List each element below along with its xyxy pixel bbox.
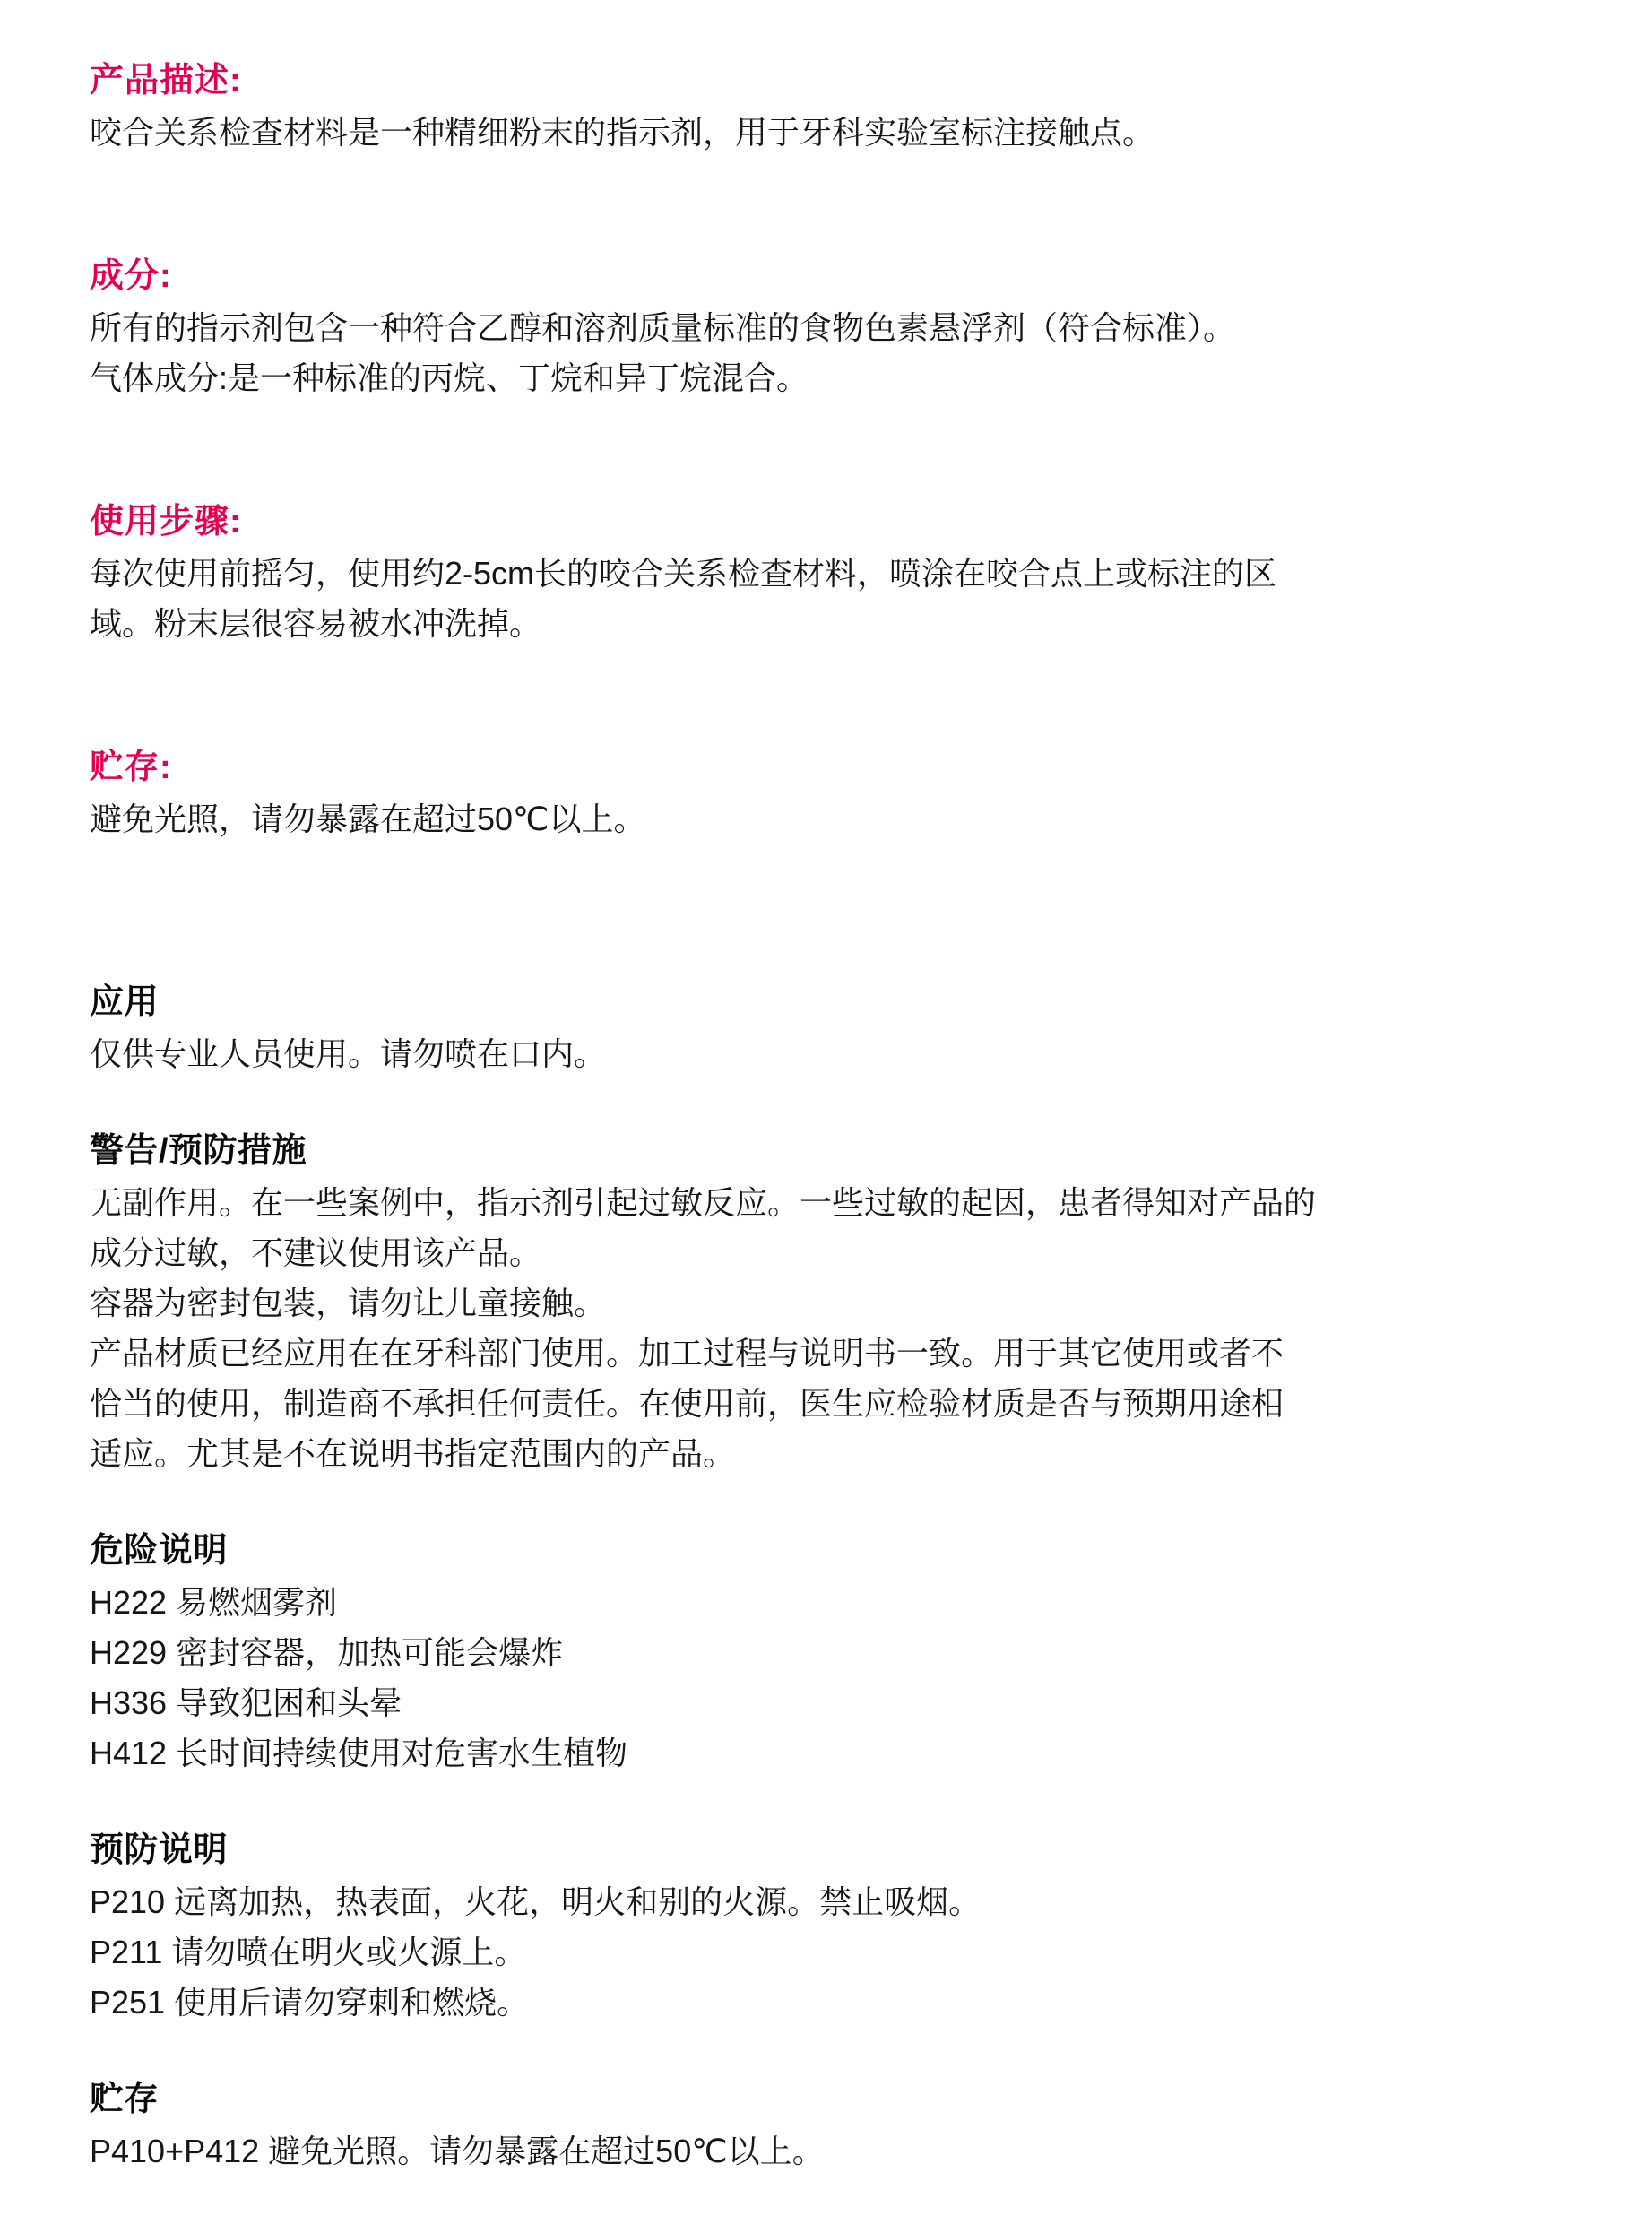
text-line: 域。粉末层很容易被水冲洗掉。: [90, 599, 1562, 649]
text-line-h222: H222 易燃烟雾剂: [90, 1578, 1562, 1628]
text-line-h229: H229 密封容器，加热可能会爆炸: [90, 1628, 1562, 1678]
text-line-p251: P251 使用后请勿穿刺和燃烧。: [90, 1978, 1562, 2028]
section-heading-storage-pink: 贮存:: [90, 744, 1562, 791]
section-heading-product-description: 产品描述:: [90, 57, 1562, 104]
text-line-p210: P210 远离加热，热表面，火花，明火和别的火源。禁止吸烟。: [90, 1877, 1562, 1927]
section-storage-pink: 贮存: 避免光照，请勿暴露在超过50℃以上。: [90, 744, 1562, 844]
text-line: 适应。尤其是不在说明书指定范围内的产品。: [90, 1429, 1562, 1479]
text-line: 每次使用前摇匀，使用约2-5cm长的咬合关系检查材料，喷涂在咬合点上或标注的区: [90, 549, 1562, 599]
text-line: 避免光照，请勿暴露在超过50℃以上。: [90, 794, 1562, 844]
text-line-p211: P211 请勿喷在明火或火源上。: [90, 1927, 1562, 1978]
section-product-description: 产品描述: 咬合关系检查材料是一种精细粉末的指示剂，用于牙科实验室标注接触点。: [90, 57, 1562, 158]
text-line: 所有的指示剂包含一种符合乙醇和溶剂质量标准的食物色素悬浮剂（符合标准）。: [90, 303, 1562, 353]
section-usage-steps: 使用步骤: 每次使用前摇匀，使用约2-5cm长的咬合关系检查材料，喷涂在咬合点上…: [90, 498, 1562, 649]
text-line: 恰当的使用，制造商不承担任何责任。在使用前，医生应检验材质是否与预期用途相: [90, 1379, 1562, 1429]
section-heading-application: 应用: [90, 979, 1562, 1026]
section-application: 应用 仅供专业人员使用。请勿喷在口内。: [90, 979, 1562, 1079]
text-line: 仅供专业人员使用。请勿喷在口内。: [90, 1029, 1562, 1079]
section-heading-usage-steps: 使用步骤:: [90, 498, 1562, 545]
section-precautionary-statements: 预防说明 P210 远离加热，热表面，火花，明火和别的火源。禁止吸烟。 P211…: [90, 1827, 1562, 2028]
section-ingredients: 成分: 所有的指示剂包含一种符合乙醇和溶剂质量标准的食物色素悬浮剂（符合标准）。…: [90, 253, 1562, 403]
section-hazard-statements: 危险说明 H222 易燃烟雾剂 H229 密封容器，加热可能会爆炸 H336 导…: [90, 1528, 1562, 1779]
text-line: 成分过敏，不建议使用该产品。: [90, 1228, 1562, 1278]
document-page: 产品描述: 咬合关系检查材料是一种精细粉末的指示剂，用于牙科实验室标注接触点。 …: [0, 0, 1652, 2216]
section-heading-ingredients: 成分:: [90, 253, 1562, 299]
text-line: 无副作用。在一些案例中，指示剂引起过敏反应。一些过敏的起因，患者得知对产品的: [90, 1178, 1562, 1228]
text-line: 咬合关系检查材料是一种精细粉末的指示剂，用于牙科实验室标注接触点。: [90, 108, 1562, 158]
text-line-p410-p412: P410+P412 避免光照。请勿暴露在超过50℃以上。: [90, 2126, 1562, 2177]
text-line-h412: H412 长时间持续使用对危害水生植物: [90, 1728, 1562, 1779]
text-line: 产品材质已经应用在在牙科部门使用。加工过程与说明书一致。用于其它使用或者不: [90, 1329, 1562, 1379]
section-heading-hazard-statements: 危险说明: [90, 1528, 1562, 1574]
section-warnings-precautions: 警告/预防措施 无副作用。在一些案例中，指示剂引起过敏反应。一些过敏的起因，患者…: [90, 1128, 1562, 1479]
section-heading-storage-black: 贮存: [90, 2076, 1562, 2123]
text-line: 气体成分:是一种标准的丙烷、丁烷和异丁烷混合。: [90, 353, 1562, 403]
text-line: 容器为密封包装，请勿让儿童接触。: [90, 1278, 1562, 1329]
section-heading-warnings-precautions: 警告/预防措施: [90, 1128, 1562, 1174]
section-storage-black: 贮存 P410+P412 避免光照。请勿暴露在超过50℃以上。: [90, 2076, 1562, 2177]
section-heading-precautionary-statements: 预防说明: [90, 1827, 1562, 1874]
text-line-h336: H336 导致犯困和头晕: [90, 1678, 1562, 1728]
